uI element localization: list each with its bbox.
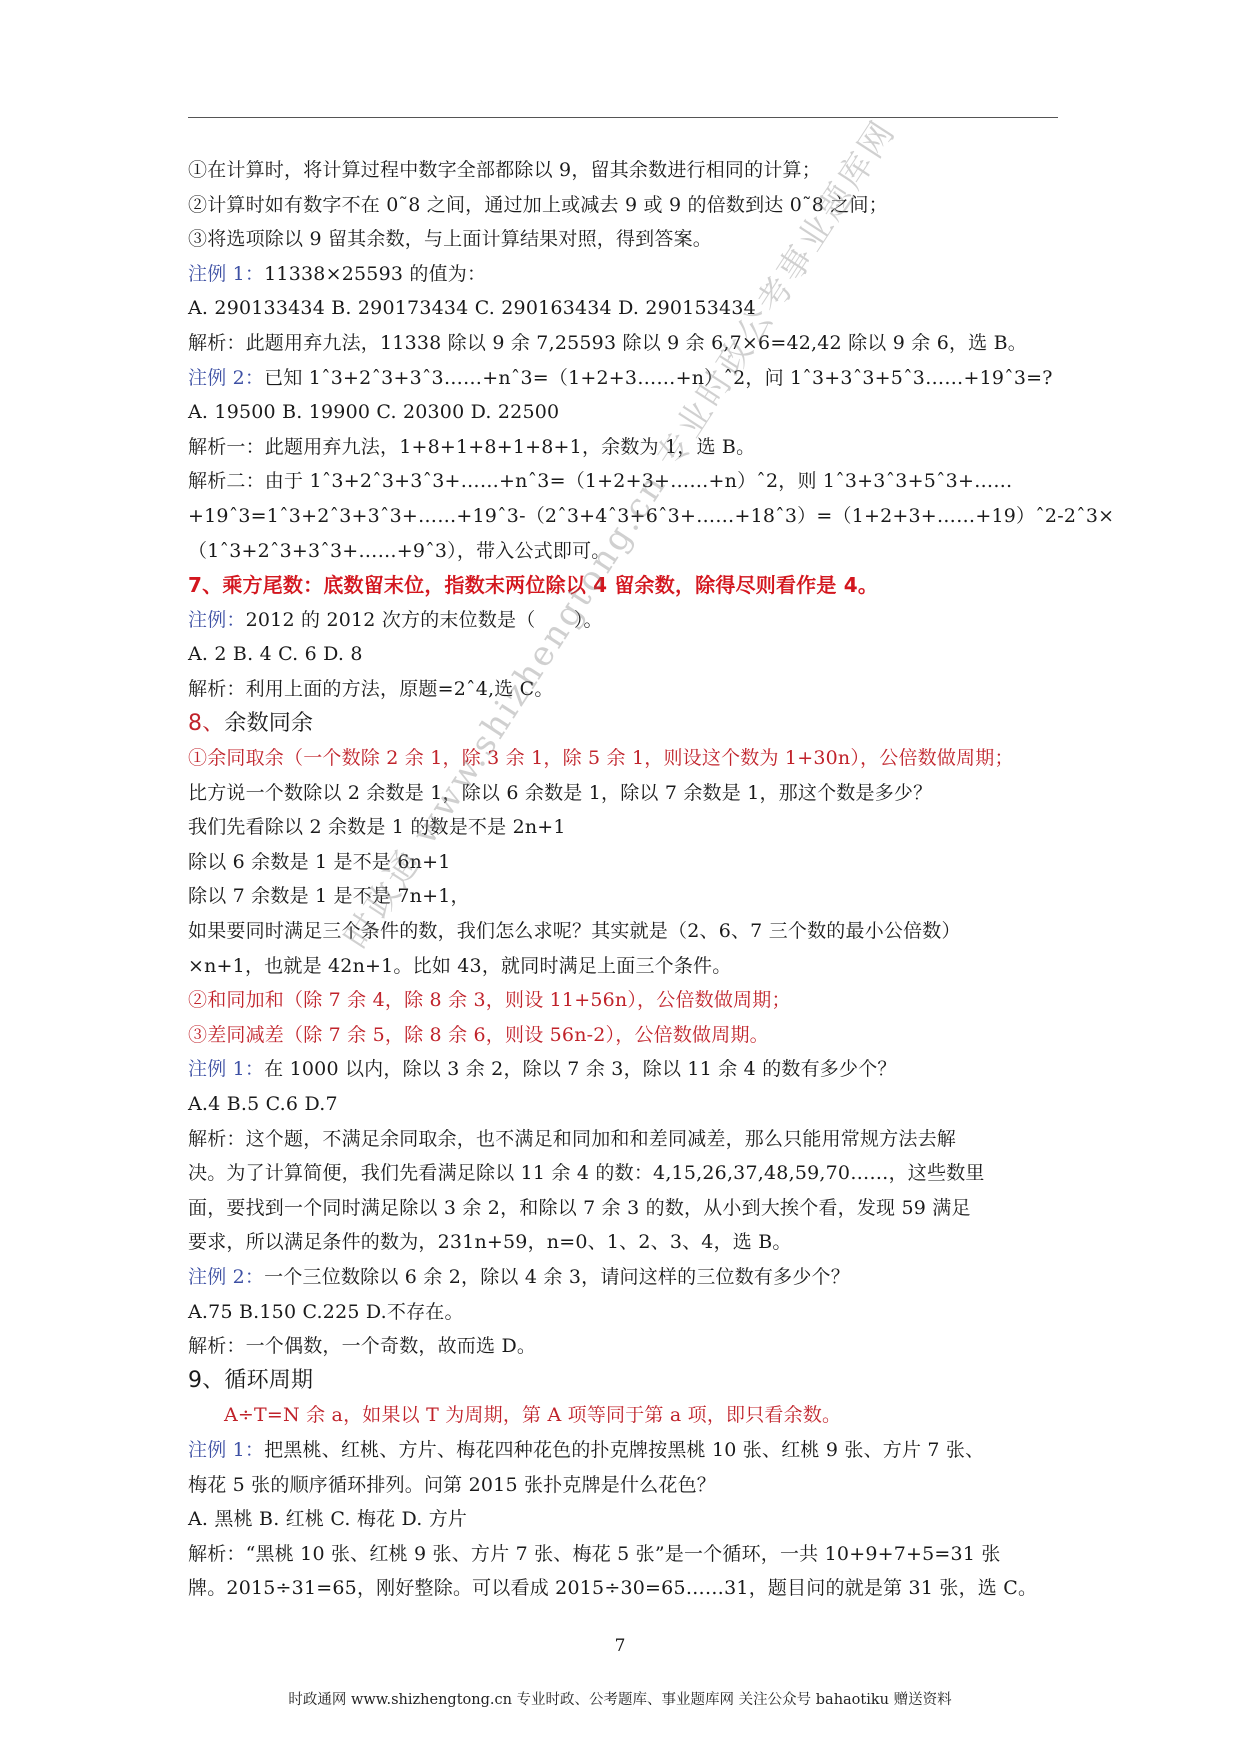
page-footer: 时政通网 www.shizhengtong.cn 专业时政、公考题库、事业题库网… [0, 1688, 1240, 1709]
section-8-example-1-question: 注例 1：在 1000 以内，除以 3 余 2，除以 7 余 3，除以 11 余… [188, 1052, 1063, 1087]
example-2-question: 注例 2：已知 1ˆ3+2ˆ3+3ˆ3……+nˆ3=（1+2+3……+n）ˆ2，… [188, 361, 1063, 396]
example-2-analysis-2: 解析二：由于 1ˆ3+2ˆ3+3ˆ3+……+nˆ3=（1+2+3+……+n）ˆ2… [188, 464, 1063, 499]
section-8-example-1-analysis: 面，要找到一个同时满足除以 3 余 2，和除以 7 余 3 的数，从小到大挨个看… [188, 1191, 1063, 1226]
section-7-example-question: 注例：2012 的 2012 次方的末位数是（ ）。 [188, 603, 1063, 638]
section-9-example-1-options: A. 黑桃 B. 红桃 C. 梅花 D. 方片 [188, 1502, 1063, 1537]
example-1-options: A. 290133434 B. 290173434 C. 290163434 D… [188, 291, 1063, 326]
section-title: 余数同余 [224, 711, 313, 736]
rule-step-3: ③将选项除以 9 留其余数，与上面计算结果对照，得到答案。 [188, 222, 1063, 257]
example-label: 注例 1： [188, 1058, 264, 1080]
explanation-line: 我们先看除以 2 余数是 1 的数是不是 2n+1 [188, 810, 1063, 845]
explanation-line: 比方说一个数除以 2 余数是 1，除以 6 余数是 1，除以 7 余数是 1，那… [188, 776, 1063, 811]
example-text: 2012 的 2012 次方的末位数是（ ）。 [246, 609, 603, 631]
example-1-analysis: 解析：此题用弃九法，11338 除以 9 余 7,25593 除以 9 余 6,… [188, 326, 1063, 361]
page-number: 7 [0, 1636, 1240, 1656]
explanation-line: ×n+1，也就是 42n+1。比如 43，就同时满足上面三个条件。 [188, 949, 1063, 984]
rule-step-2: ②计算时如有数字不在 0˜8 之间，通过加上或减去 9 或 9 的倍数到达 0˜… [188, 188, 1063, 223]
example-label: 注例 1： [188, 263, 264, 285]
section-7-example-options: A. 2 B. 4 C. 6 D. 8 [188, 637, 1063, 672]
example-label: 注例 1： [188, 1439, 264, 1461]
rule-same-difference: ③差同减差（除 7 余 5，除 8 余 6，则设 56n-2），公倍数做周期。 [188, 1018, 1063, 1053]
explanation-line: 如果要同时满足三个条件的数，我们怎么求呢？其实就是（2、6、7 三个数的最小公倍… [188, 914, 1063, 949]
section-9-example-1-question-cont: 梅花 5 张的顺序循环排列。问第 2015 张扑克牌是什么花色？ [188, 1468, 1063, 1503]
section-7-example-analysis: 解析：利用上面的方法，原题=2ˆ4,选 C。 [188, 672, 1063, 707]
page-body: ①在计算时，将计算过程中数字全部都除以 9，留其余数进行相同的计算； ②计算时如… [188, 153, 1063, 1606]
rule-cycle-period: A÷T=N 余 a，如果以 T 为周期，第 A 项等同于第 a 项，即只看余数。 [188, 1398, 1063, 1433]
rule-step-1: ①在计算时，将计算过程中数字全部都除以 9，留其余数进行相同的计算； [188, 153, 1063, 188]
section-9-heading: 9、循环周期 [188, 1364, 1063, 1399]
section-9-example-1-question: 注例 1：把黑桃、红桃、方片、梅花四种花色的扑克牌按黑桃 10 张、红桃 9 张… [188, 1433, 1063, 1468]
example-text: 已知 1ˆ3+2ˆ3+3ˆ3……+nˆ3=（1+2+3……+n）ˆ2，问 1ˆ3… [264, 367, 1053, 389]
example-2-analysis-2-cont: +19ˆ3=1ˆ3+2ˆ3+3ˆ3+……+19ˆ3-（2ˆ3+4ˆ3+6ˆ3+…… [188, 499, 1063, 534]
example-2-options: A. 19500 B. 19900 C. 20300 D. 22500 [188, 395, 1063, 430]
rule-same-remainder: ①余同取余（一个数除 2 余 1，除 3 余 1，除 5 余 1，则设这个数为 … [188, 741, 1063, 776]
example-text: 在 1000 以内，除以 3 余 2，除以 7 余 3，除以 11 余 4 的数… [264, 1058, 896, 1080]
section-9-example-1-analysis: 牌。2015÷31=65，刚好整除。可以看成 2015÷30=65……31，题目… [188, 1571, 1063, 1606]
example-2-analysis-1: 解析一：此题用弃九法，1+8+1+8+1+8+1，余数为 1，选 B。 [188, 430, 1063, 465]
example-label: 注例 2： [188, 1266, 264, 1288]
section-8-example-1-analysis: 决。为了计算简便，我们先看满足除以 11 余 4 的数：4,15,26,37,4… [188, 1156, 1063, 1191]
example-2-analysis-2-end: （1ˆ3+2ˆ3+3ˆ3+……+9ˆ3），带入公式即可。 [188, 534, 1063, 569]
section-8-example-2-question: 注例 2：一个三位数除以 6 余 2，除以 4 余 3，请问这样的三位数有多少个… [188, 1260, 1063, 1295]
example-text: 把黑桃、红桃、方片、梅花四种花色的扑克牌按黑桃 10 张、红桃 9 张、方片 7… [264, 1439, 984, 1461]
section-number: 8、 [188, 711, 224, 736]
section-7-heading: 7、乘方尾数：底数留末位，指数末两位除以 4 留余数，除得尽则看作是 4。 [188, 568, 1063, 603]
example-label: 注例 2： [188, 367, 264, 389]
explanation-line: 除以 7 余数是 1 是不是 7n+1， [188, 879, 1063, 914]
header-rule [188, 117, 1058, 118]
section-8-example-1-options: A.4 B.5 C.6 D.7 [188, 1087, 1063, 1122]
example-1-question: 注例 1：11338×25593 的值为： [188, 257, 1063, 292]
example-text: 一个三位数除以 6 余 2，除以 4 余 3，请问这样的三位数有多少个？ [264, 1266, 850, 1288]
section-9-example-1-analysis: 解析：“黑桃 10 张、红桃 9 张、方片 7 张、梅花 5 张”是一个循环，一… [188, 1537, 1063, 1572]
section-8-heading: 8、余数同余 [188, 707, 1063, 742]
example-text: 11338×25593 的值为： [264, 263, 486, 285]
explanation-line: 除以 6 余数是 1 是不是 6n+1 [188, 845, 1063, 880]
example-label: 注例： [188, 609, 246, 631]
section-8-example-2-options: A.75 B.150 C.225 D.不存在。 [188, 1295, 1063, 1330]
section-8-example-2-analysis: 解析：一个偶数，一个奇数，故而选 D。 [188, 1329, 1063, 1364]
section-8-example-1-analysis: 解析：这个题，不满足余同取余，也不满足和同加和和差同减差，那么只能用常规方法去解 [188, 1122, 1063, 1157]
section-8-example-1-analysis: 要求，所以满足条件的数为，231n+59，n=0、1、2、3、4，选 B。 [188, 1225, 1063, 1260]
rule-same-sum: ②和同加和（除 7 余 4，除 8 余 3，则设 11+56n），公倍数做周期； [188, 983, 1063, 1018]
